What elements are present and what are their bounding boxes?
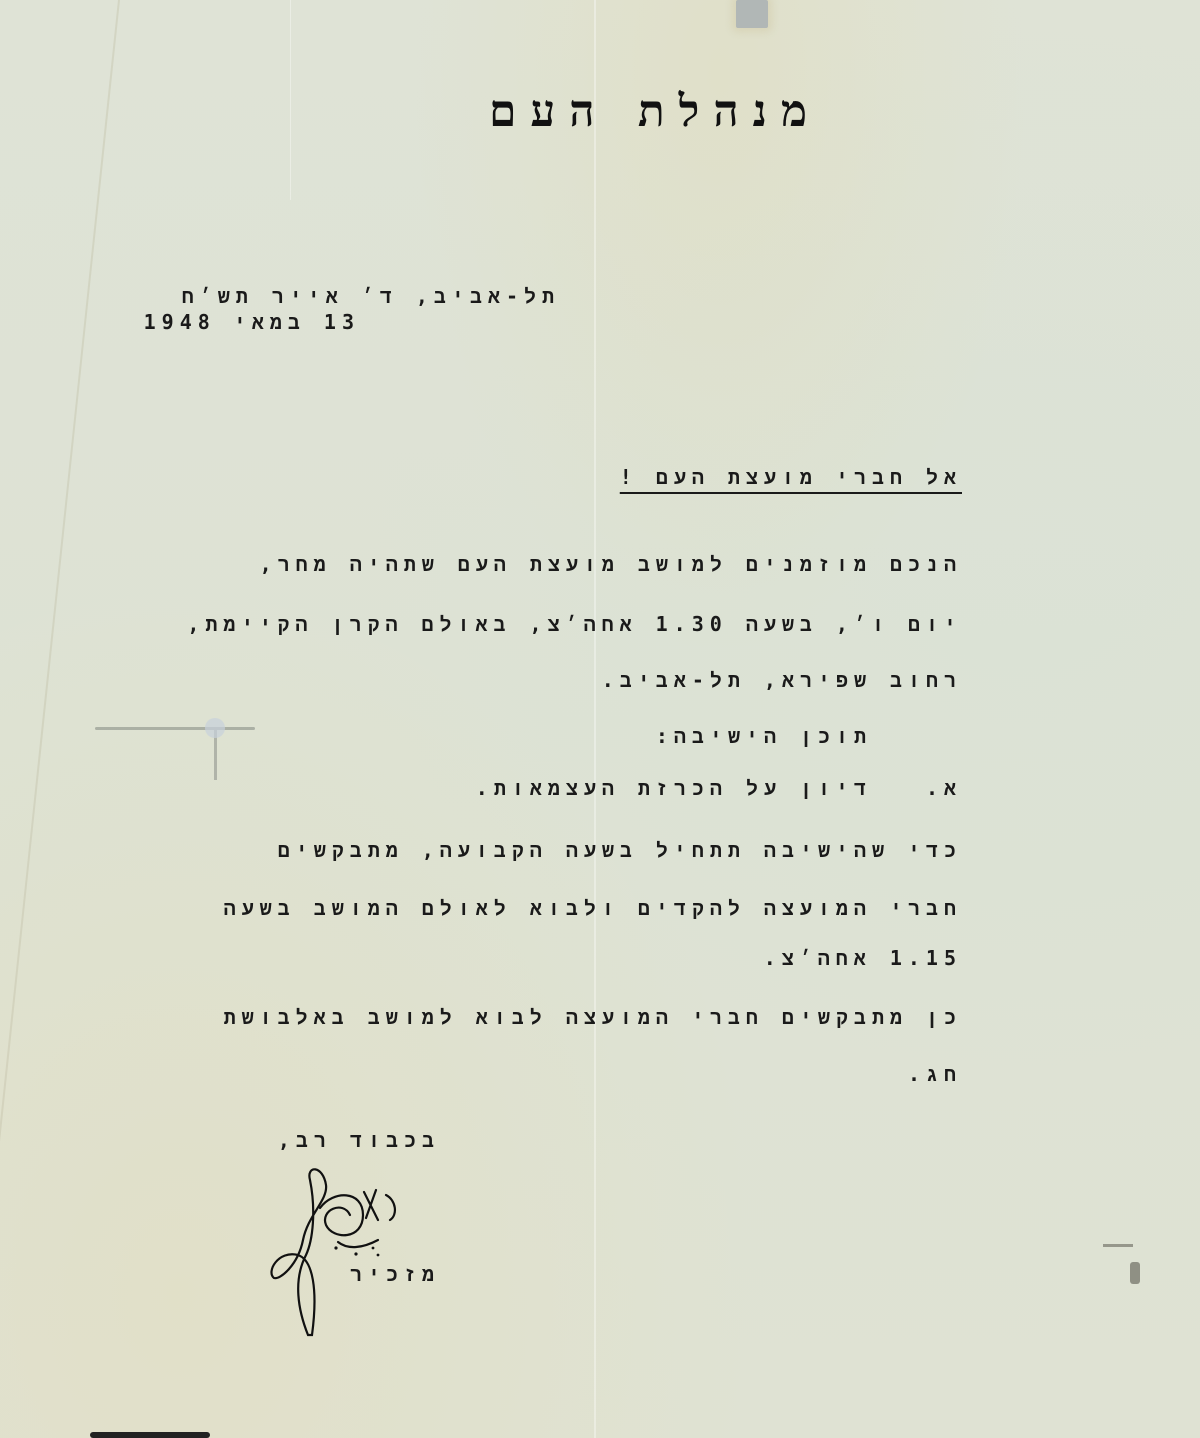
fold-crease xyxy=(290,0,291,200)
closing-phrase: בכבוד רב, xyxy=(278,1128,440,1154)
body-line: 1.15 אחה׳צ. xyxy=(764,946,962,972)
date-gregorian: 1948 במאי 13 xyxy=(144,310,360,336)
date-month: במאי xyxy=(234,310,306,334)
body-line: הנכם מוזמנים למושב מועצת העם שתהיה מחר, xyxy=(260,552,962,578)
body-line: רחוב שפירא, תל-אביב. xyxy=(602,668,962,694)
paper-background xyxy=(0,0,1200,1438)
signature-icon xyxy=(268,1160,438,1350)
signatory-title: מזכיר xyxy=(350,1262,440,1288)
paper-tear xyxy=(95,727,255,730)
salutation: אל חברי מועצת העם ! xyxy=(620,465,962,491)
fold-crease xyxy=(594,0,596,1438)
date-year: 1948 xyxy=(144,310,216,334)
page-edge xyxy=(90,1432,210,1438)
body-line: חברי המועצה להקדים ולבוא לאולם המושב בשע… xyxy=(224,896,962,922)
date-hebrew: תל-אביב, ד׳ אייר תש׳ח xyxy=(182,284,560,310)
ink-mark xyxy=(1103,1244,1133,1247)
agenda-item-marker: א. xyxy=(926,776,962,802)
body-line: יום ו׳, בשעה 1.30 אחה׳צ, באולם הקרן הקיי… xyxy=(187,612,962,638)
agenda-item-text: דיון על הכרזת העצמאות. xyxy=(476,776,872,802)
body-line: חג. xyxy=(908,1062,962,1088)
agenda-heading: תוכן הישיבה: xyxy=(656,724,872,750)
body-line: כן מתבקשים חברי המועצה לבוא למושב באלבוש… xyxy=(224,1005,962,1031)
letterhead-title: מנהלת העם xyxy=(460,86,850,137)
ink-mark xyxy=(1130,1262,1140,1284)
date-day: 13 xyxy=(324,310,360,334)
body-line: כדי שהישיבה תתחיל בשעה הקבועה, מתבקשים xyxy=(278,838,962,864)
paper-tear xyxy=(205,718,225,738)
tape-stain xyxy=(736,0,768,28)
